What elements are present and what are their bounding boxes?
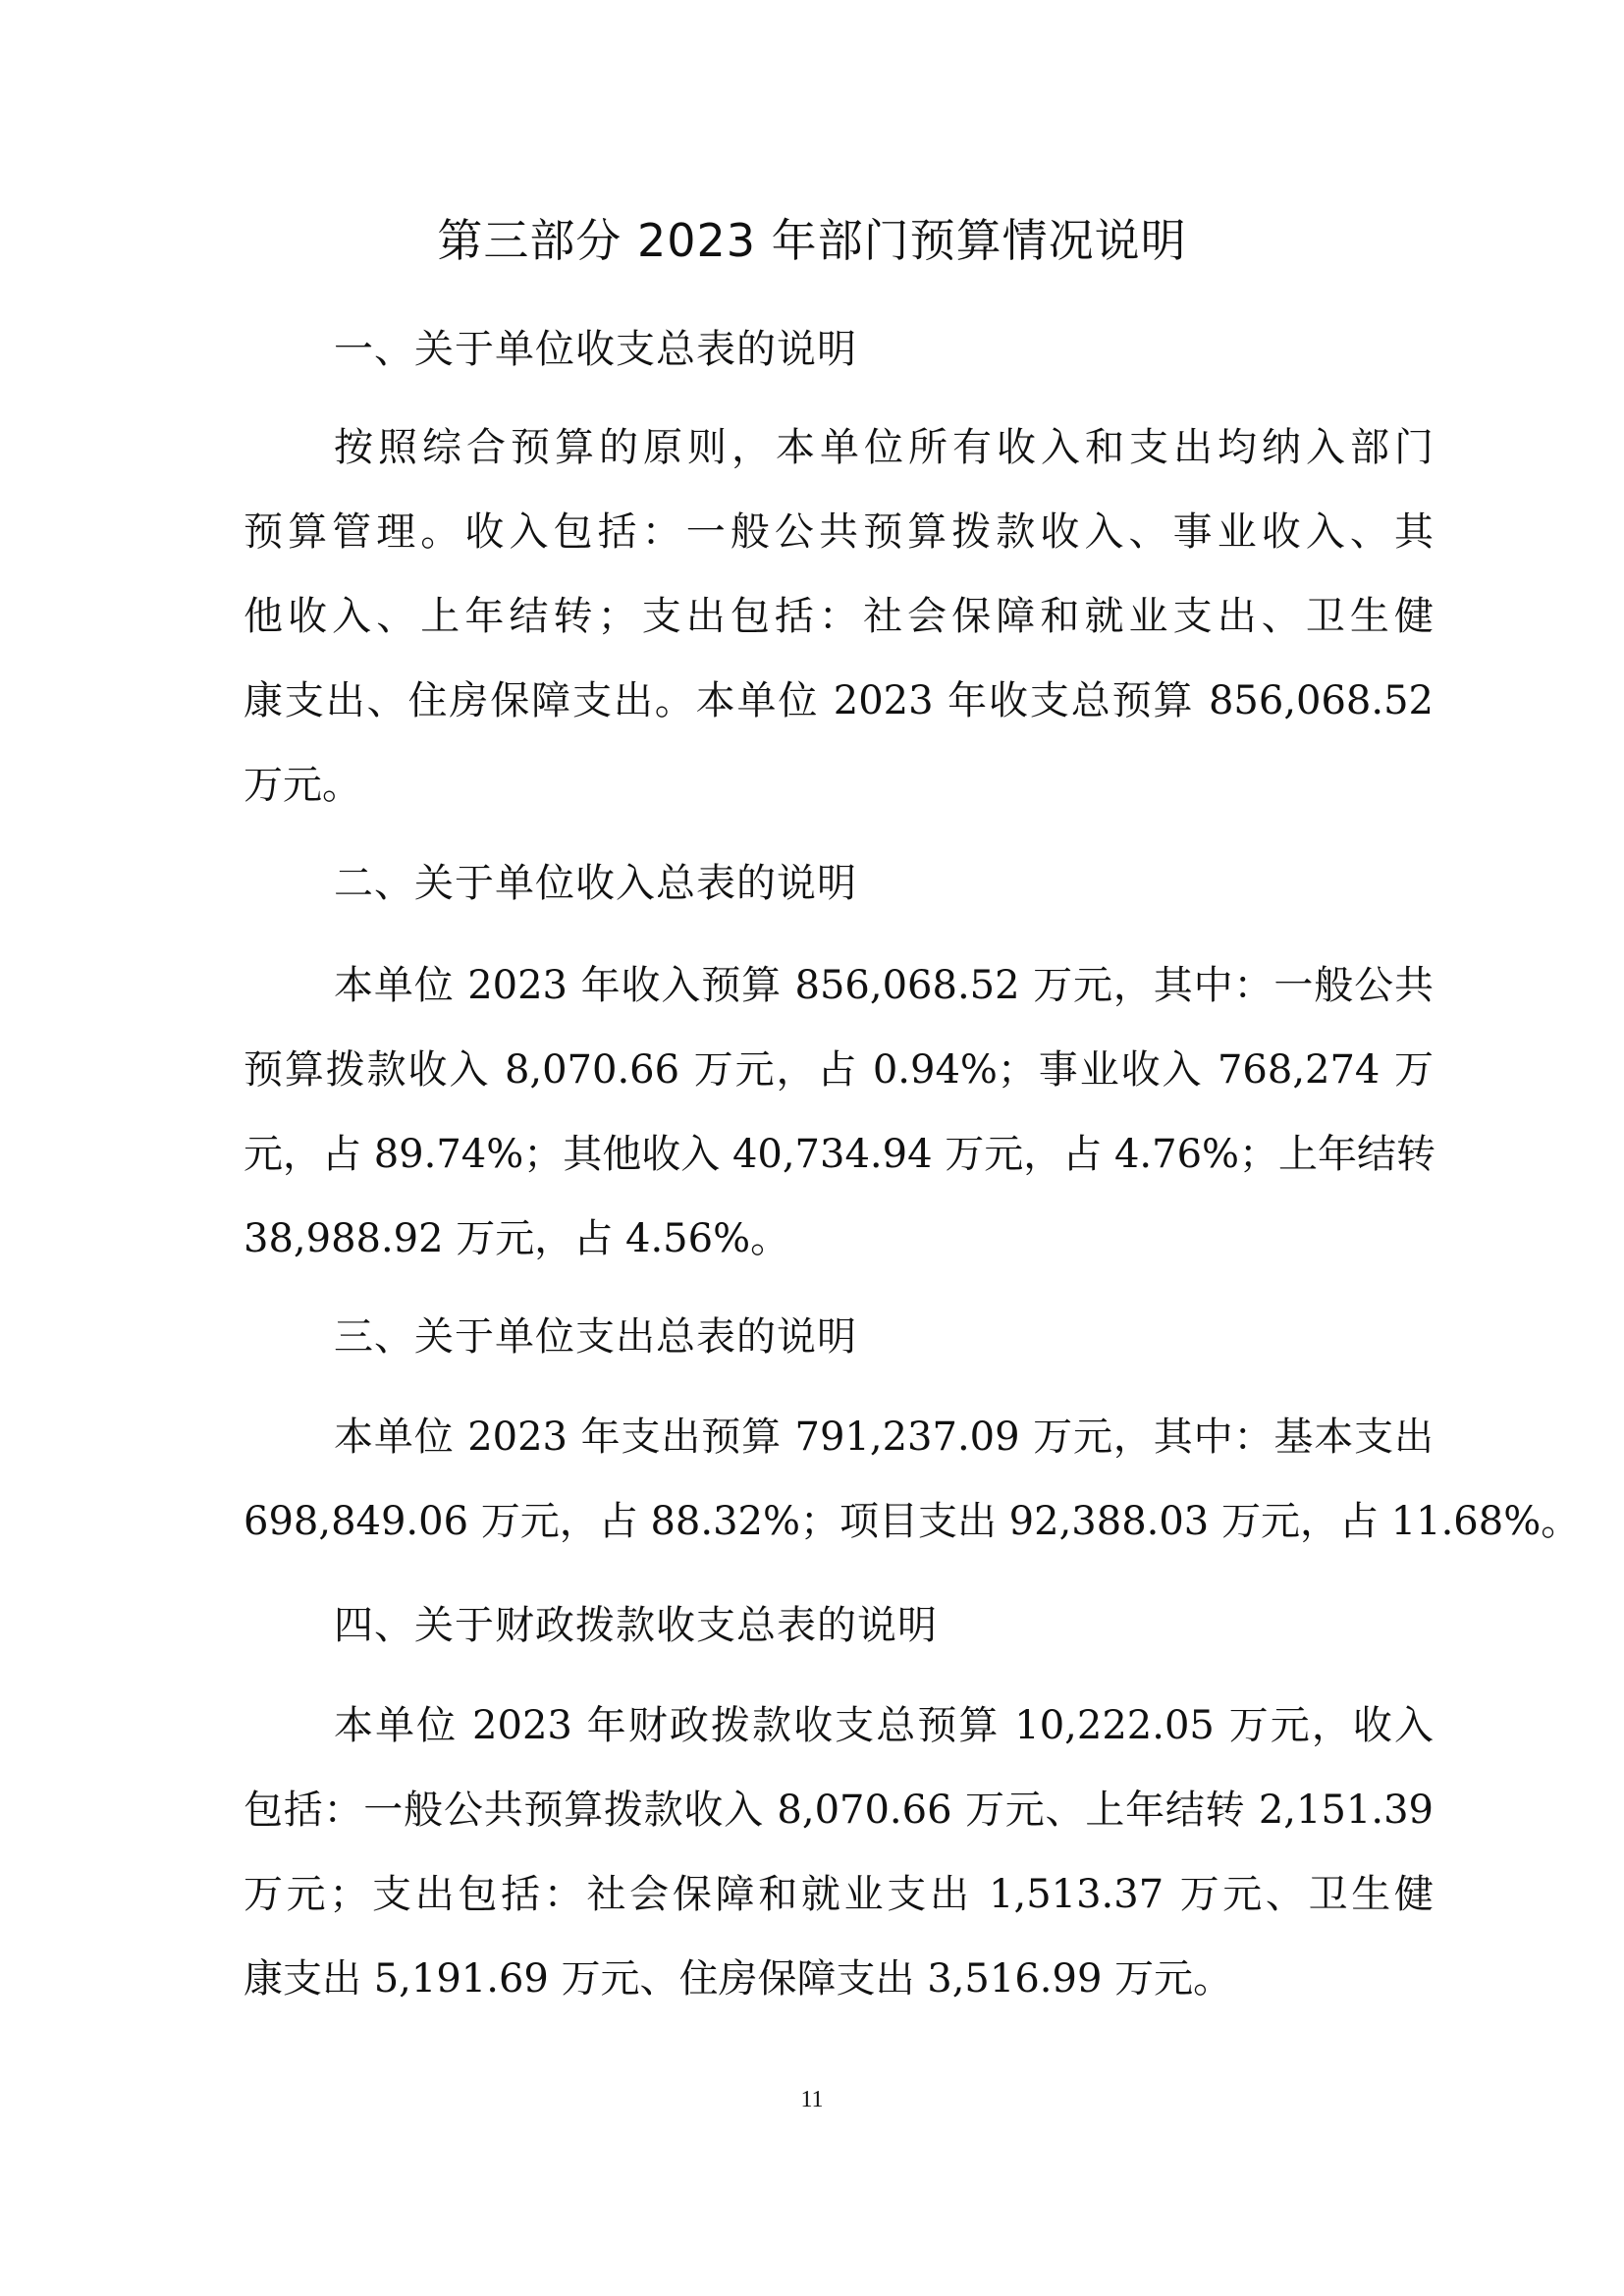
section-2-heading: 二、关于单位收入总表的说明 [334,856,857,911]
section-4-paragraph-line: 包括：一般公共预算拨款收入 8,070.66 万元、上年结转 2,151.39 [244,1783,1434,1838]
section-4-paragraph-line: 本单位 2023 年财政拨款收支总预算 10,222.05 万元，收入 [334,1698,1434,1753]
page-number: 11 [0,2085,1624,2114]
section-1-paragraph-line: 康支出、住房保障支出。本单位 2023 年收支总预算 856,068.52 [244,673,1434,728]
section-3-paragraph-line: 本单位 2023 年支出预算 791,237.09 万元，其中：基本支出 [334,1410,1434,1465]
section-3-paragraph-line: 698,849.06 万元，占 88.32%；项目支出 92,388.03 万元… [244,1494,1434,1549]
section-1-paragraph-line: 万元。 [244,758,1434,813]
section-1-paragraph-line: 他收入、上年结转；支出包括：社会保障和就业支出、卫生健 [244,589,1434,644]
section-1-paragraph-line: 预算管理。收入包括：一般公共预算拨款收入、事业收入、其 [244,505,1434,560]
section-2-paragraph-line: 本单位 2023 年收入预算 856,068.52 万元，其中：一般公共 [334,958,1434,1013]
section-2-paragraph-line: 元，占 89.74%；其他收入 40,734.94 万元，占 4.76%；上年结… [244,1127,1434,1182]
section-4-paragraph-line: 康支出 5,191.69 万元、住房保障支出 3,516.99 万元。 [244,1951,1434,2006]
section-4-paragraph-line: 万元；支出包括：社会保障和就业支出 1,513.37 万元、卫生健 [244,1867,1434,1922]
document-page: 第三部分 2023 年部门预算情况说明 一、关于单位收支总表的说明 按照综合预算… [0,0,1624,2296]
section-2-paragraph-line: 预算拨款收入 8,070.66 万元，占 0.94%；事业收入 768,274 … [244,1042,1434,1097]
section-4-heading: 四、关于财政拨款收支总表的说明 [334,1598,938,1653]
section-3-heading: 三、关于单位支出总表的说明 [334,1309,857,1364]
section-1-heading: 一、关于单位收支总表的说明 [334,322,857,377]
section-2-paragraph-line: 38,988.92 万元，占 4.56%。 [244,1211,1434,1266]
page-title: 第三部分 2023 年部门预算情况说明 [0,211,1624,270]
section-1-paragraph-line: 按照综合预算的原则，本单位所有收入和支出均纳入部门 [334,420,1434,475]
